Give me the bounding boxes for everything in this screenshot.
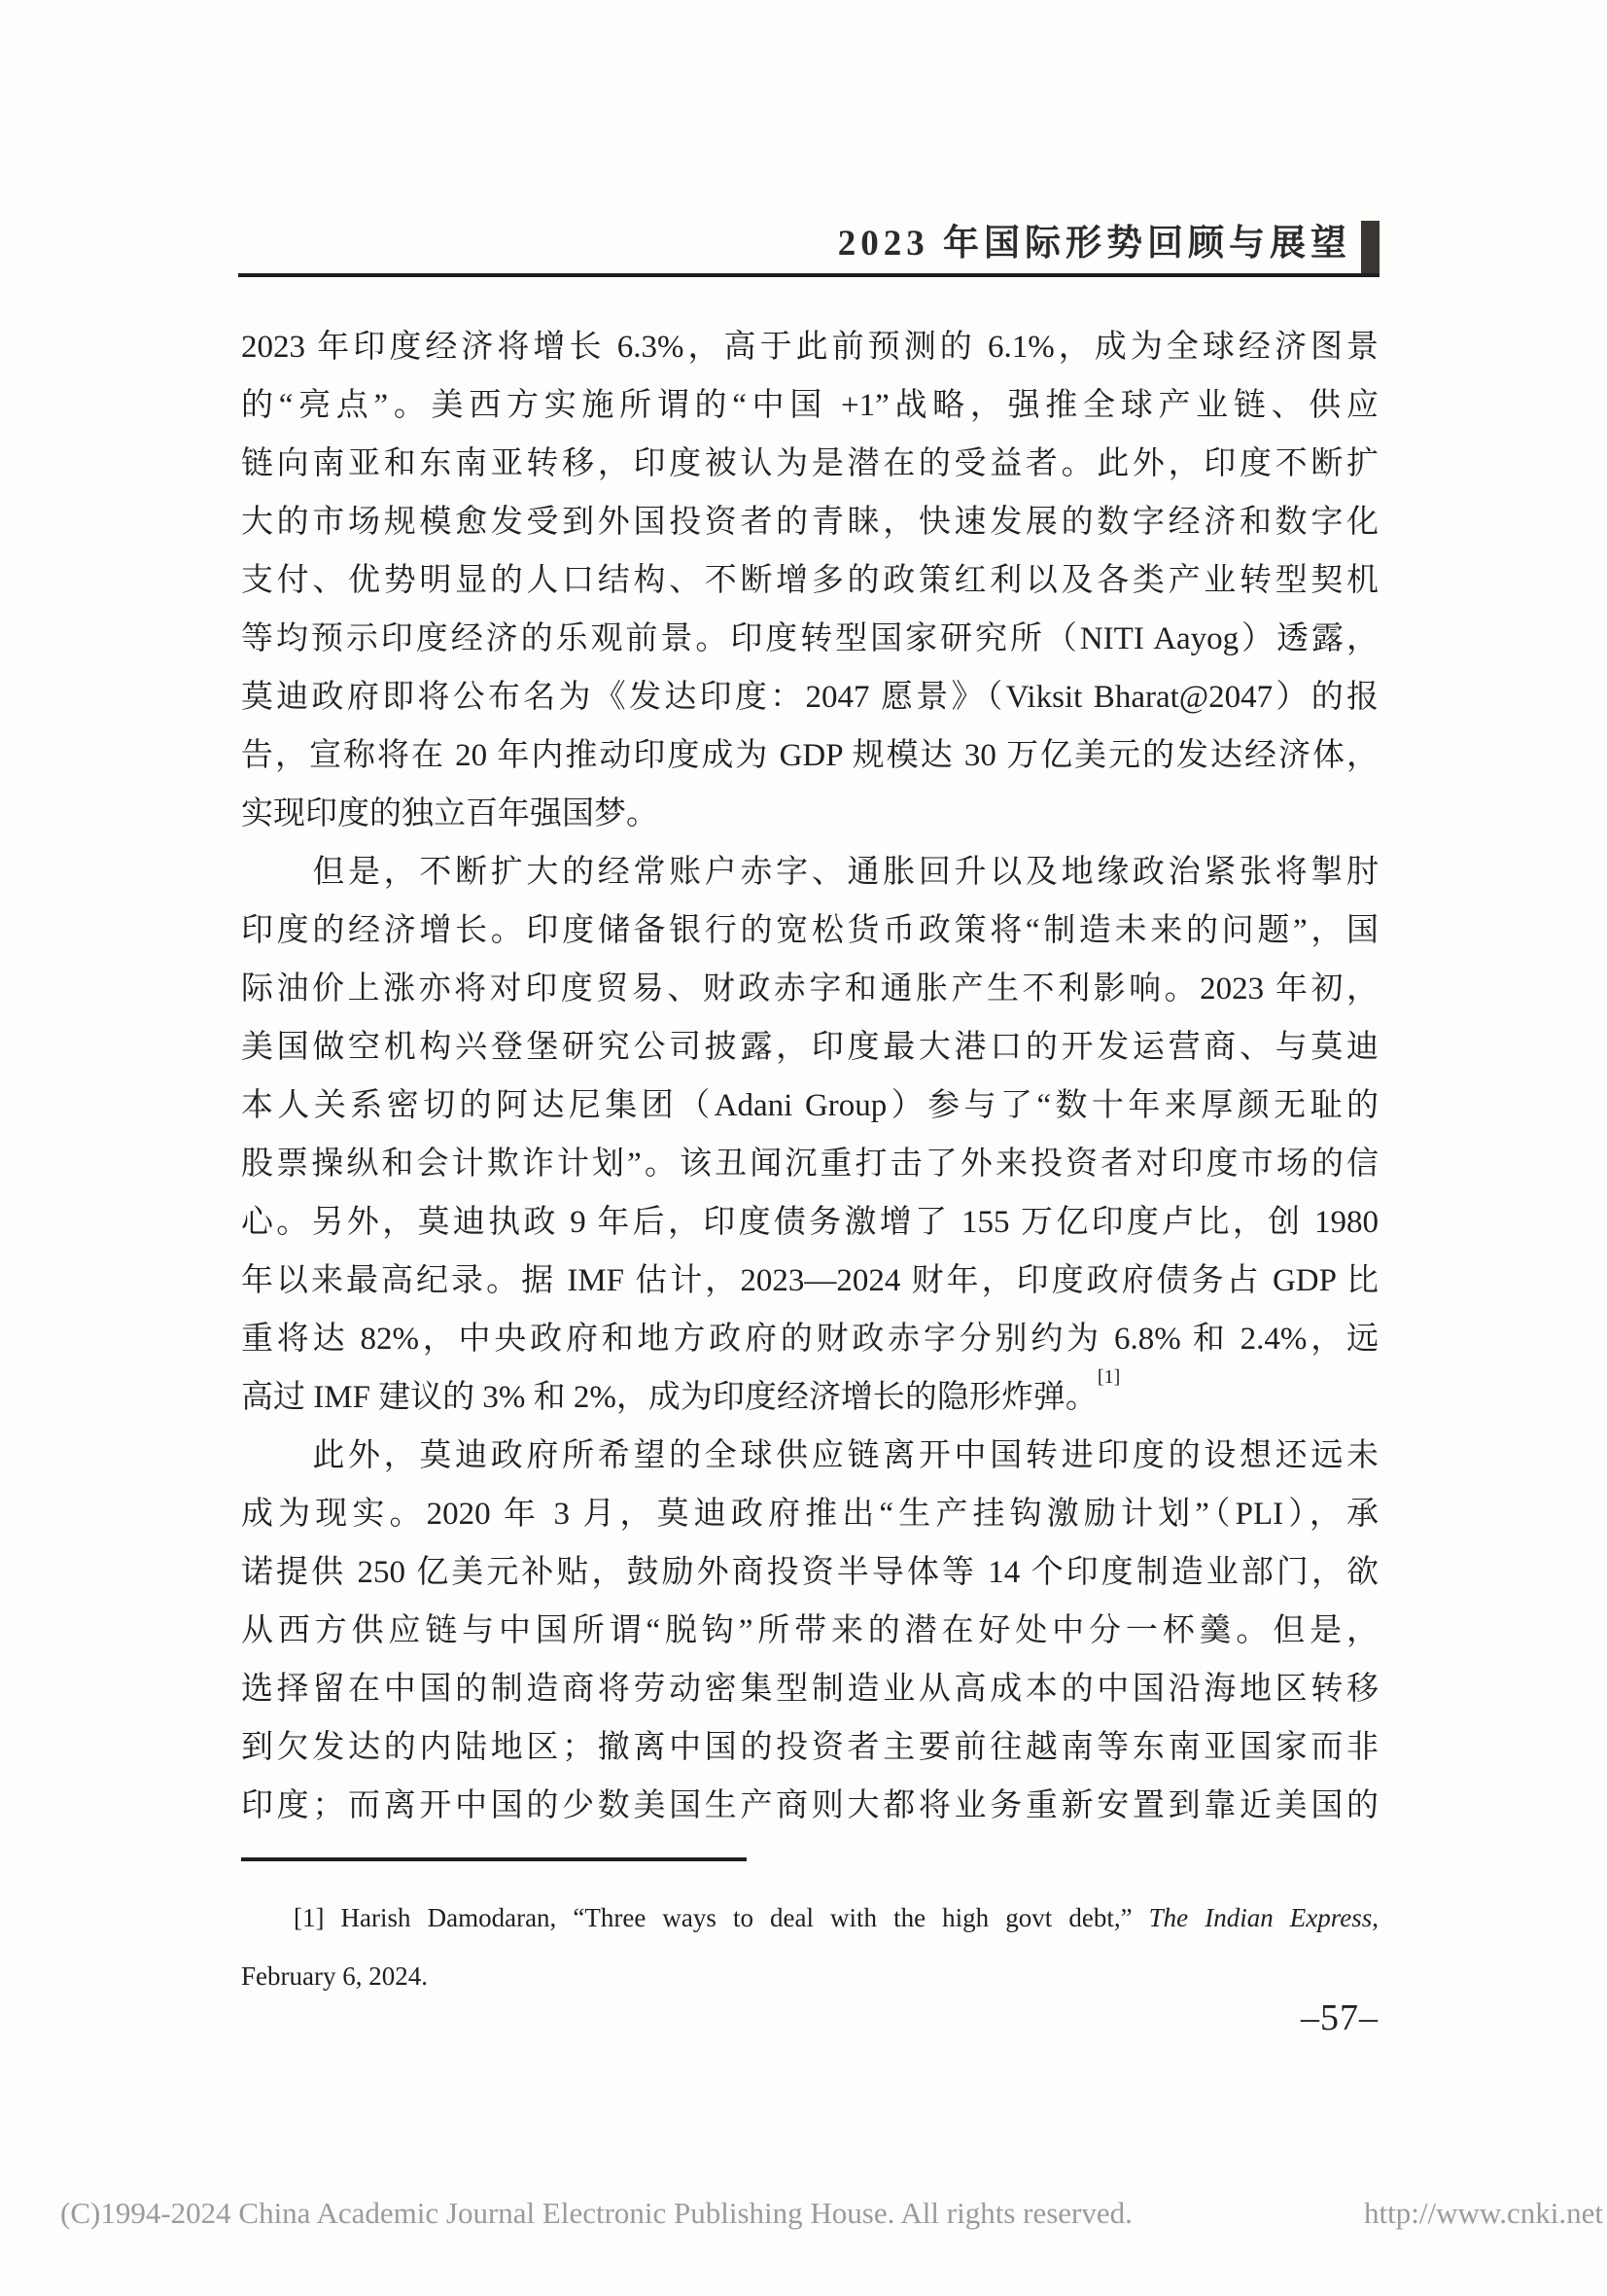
body-line: 心。另外，莫迪执政 9 年后，印度债务激增了 155 万亿印度卢比，创 1980: [241, 1193, 1379, 1252]
header-rule: [238, 273, 1380, 277]
body-line: 莫迪政府即将公布名为《发达印度：2047 愿景》（Viksit Bharat@2…: [241, 668, 1379, 726]
body-line: 印度的经济增长。印度储备银行的宽松货币政策将“制造未来的问题”，国: [241, 901, 1379, 960]
footnote-marker: [1]: [1098, 1368, 1120, 1388]
body-line: 从西方供应链与中国所谓“脱钩”所带来的潜在好处中分一杯羹。但是，: [241, 1602, 1379, 1660]
body-line: 实现印度的独立百年强国梦。: [241, 785, 1379, 843]
body-line: 到欠发达的内陆地区；撤离中国的投资者主要前往越南等东南亚国家而非: [241, 1718, 1379, 1777]
body-line: 成为现实。2020 年 3 月，莫迪政府推出“生产挂钩激励计划”（PLI），承: [241, 1485, 1379, 1543]
body-line: 此外，莫迪政府所希望的全球供应链离开中国转进印度的设想还远未: [241, 1427, 1379, 1485]
body-line: 支付、优势明显的人口结构、不断增多的政策红利以及各类产业转型契机: [241, 551, 1379, 610]
body-line: 等均预示印度经济的乐观前景。印度转型国家研究所（NITI Aayog）透露，: [241, 610, 1379, 668]
body-line: 2023 年印度经济将增长 6.3%，高于此前预测的 6.1%，成为全球经济图景: [241, 318, 1379, 376]
body-line: 高过 IMF 建议的 3% 和 2%，成为印度经济增长的隐形炸弹。[1]: [241, 1368, 1379, 1427]
body-line: 本人关系密切的阿达尼集团（Adani Group）参与了“数十年来厚颜无耻的: [241, 1077, 1379, 1135]
body-line: 选择留在中国的制造商将劳动密集型制造业从高成本的中国沿海地区转移: [241, 1660, 1379, 1718]
body-line: 年以来最高纪录。据 IMF 估计，2023—2024 财年，印度政府债务占 GD…: [241, 1252, 1379, 1310]
footnote-citation-comma: ,: [1372, 1903, 1379, 1932]
body-line: 股票操纵和会计欺诈计划”。该丑闻沉重打击了外来投资者对印度市场的信: [241, 1135, 1379, 1193]
body-line: 诺提供 250 亿美元补贴，鼓励外商投资半导体等 14 个印度制造业部门，欲: [241, 1543, 1379, 1602]
body-line: 的“亮点”。美西方实施所谓的“中国 +1”战略，强推全球产业链、供应: [241, 376, 1379, 435]
body-line: 美国做空机构兴登堡研究公司披露，印度最大港口的开发运营商、与莫迪: [241, 1018, 1379, 1077]
body-line: 印度；而离开中国的少数美国生产商则大都将业务重新安置到靠近美国的: [241, 1777, 1379, 1835]
footnote-journal-name: The Indian Express: [1149, 1903, 1373, 1932]
body-line: 链向南亚和东南亚转移，印度被认为是潜在的受益者。此外，印度不断扩: [241, 435, 1379, 493]
body-line: 告，宣称将在 20 年内推动印度成为 GDP 规模达 30 万亿美元的发达经济体…: [241, 726, 1379, 785]
header-corner-bar: [1361, 221, 1380, 275]
copyright-text: (C)1994-2024 China Academic Journal Elec…: [60, 2196, 1133, 2231]
footnote-line-1: [1] Harish Damodaran, “Three ways to dea…: [241, 1889, 1379, 1947]
footnote: [1] Harish Damodaran, “Three ways to dea…: [241, 1889, 1379, 2005]
footer-url: http://www.cnki.net: [1364, 2196, 1603, 2231]
body-line: 重将达 82%，中央政府和地方政府的财政赤字分别约为 6.8% 和 2.4%，远: [241, 1310, 1379, 1368]
running-head-title: 2023 年国际形势回顾与展望: [838, 216, 1351, 272]
body-text: 2023 年印度经济将增长 6.3%，高于此前预测的 6.1%，成为全球经济图景…: [241, 318, 1379, 1835]
body-line: 际油价上涨亦将对印度贸易、财政赤字和通胀产生不利影响。2023 年初，: [241, 960, 1379, 1018]
footnote-citation-text: [1] Harish Damodaran, “Three ways to dea…: [294, 1903, 1149, 1932]
copyright-footer: (C)1994-2024 China Academic Journal Elec…: [0, 2196, 1607, 2231]
body-line: 大的市场规模愈发受到外国投资者的青睐，快速发展的数字经济和数字化: [241, 493, 1379, 551]
document-page: 2023 年国际形势回顾与展望 2023 年印度经济将增长 6.3%，高于此前预…: [0, 0, 1607, 2296]
page-number: –57–: [1301, 1995, 1379, 2041]
footnote-line-2: February 6, 2024.: [241, 1947, 1379, 2005]
body-line: 但是，不断扩大的经常账户赤字、通胀回升以及地缘政治紧张将掣肘: [241, 843, 1379, 901]
footnote-separator-rule: [241, 1857, 747, 1861]
